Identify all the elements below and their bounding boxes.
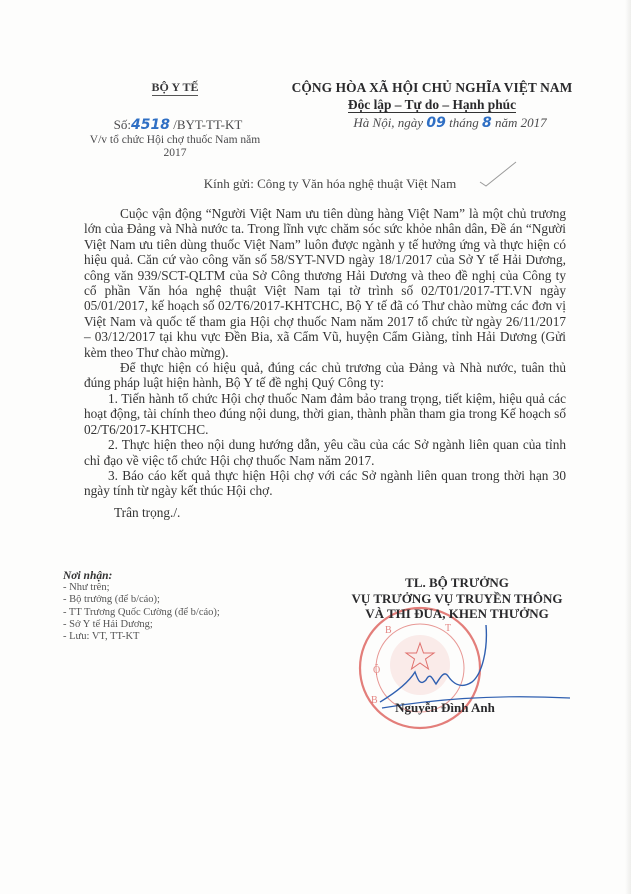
document-number: Số:4518 /BYT-TT-KT [98, 117, 258, 133]
signer-name: Nguyễn Đình Anh [340, 700, 550, 716]
signer-line-1: TL. BỘ TRƯỞNG [322, 575, 592, 591]
body-paragraph: Để thực hiện có hiệu quả, đúng các chủ t… [84, 360, 566, 391]
national-title: CỘNG HÒA XÃ HỘI CHỦ NGHĨA VIỆT NAM [262, 80, 602, 96]
national-motto: Độc lập – Tự do – Hạnh phúc [262, 97, 602, 113]
closing-text: Trân trọng./. [84, 505, 566, 520]
date-day: 09 [426, 115, 445, 131]
body-list-item: 1. Tiến hành tổ chức Hội chợ thuốc Nam đ… [84, 391, 566, 437]
recipient-item: - Như trên; [63, 582, 283, 594]
recipient-item: - Lưu: VT, TT-KT [63, 631, 283, 643]
body-list-item: 3. Báo cáo kết quả thực hiện Hội chợ với… [84, 468, 566, 499]
issuing-organization: BỘ Y TẾ [100, 80, 250, 95]
motto-text: Độc lập – Tự do – Hạnh phúc [348, 97, 516, 113]
body-list-item: 2. Thực hiện theo nội dung hướng dẫn, yê… [84, 437, 566, 468]
date-prefix: Hà Nội, ngày [353, 115, 423, 130]
doc-number-prefix: Số: [114, 117, 131, 132]
date-line: Hà Nội, ngày 09 tháng 8 năm 2017 [300, 115, 600, 131]
recipient-item: - Sở Y tế Hải Dương; [63, 619, 283, 631]
date-year: năm 2017 [495, 115, 547, 130]
recipient-item: - TT Trương Quốc Cường (để b/cáo); [63, 607, 283, 619]
doc-number-handwritten: 4518 [131, 117, 170, 133]
date-month-label: tháng [449, 115, 479, 130]
recipients-title: Nơi nhận: [63, 570, 283, 582]
signer-line-3: VÀ THI ĐUA, KHEN THƯỞNG [322, 606, 592, 622]
organization-name: BỘ Y TẾ [152, 80, 199, 96]
signer-block: TL. BỘ TRƯỞNG VỤ TRƯỞNG VỤ TRUYỀN THÔNG … [322, 575, 592, 622]
recipient-line: Kính gửi: Công ty Văn hóa nghệ thuật Việ… [150, 176, 510, 192]
doc-number-suffix: /BYT-TT-KT [173, 117, 242, 132]
recipients-list: Nơi nhận: - Như trên; - Bộ trưởng (để b/… [63, 570, 283, 643]
signer-line-2: VỤ TRƯỞNG VỤ TRUYỀN THÔNG [322, 591, 592, 607]
date-month: 8 [482, 115, 492, 131]
recipient-item: - Bộ trưởng (để b/cáo); [63, 594, 283, 606]
page-edge-shadow [625, 0, 631, 894]
document-subject: V/v tổ chức Hội chợ thuốc Nam năm 2017 [80, 134, 270, 160]
body-paragraph: Cuộc vận động “Người Việt Nam ưu tiên dù… [84, 206, 566, 360]
letter-body: Cuộc vận động “Người Việt Nam ưu tiên dù… [84, 206, 566, 520]
